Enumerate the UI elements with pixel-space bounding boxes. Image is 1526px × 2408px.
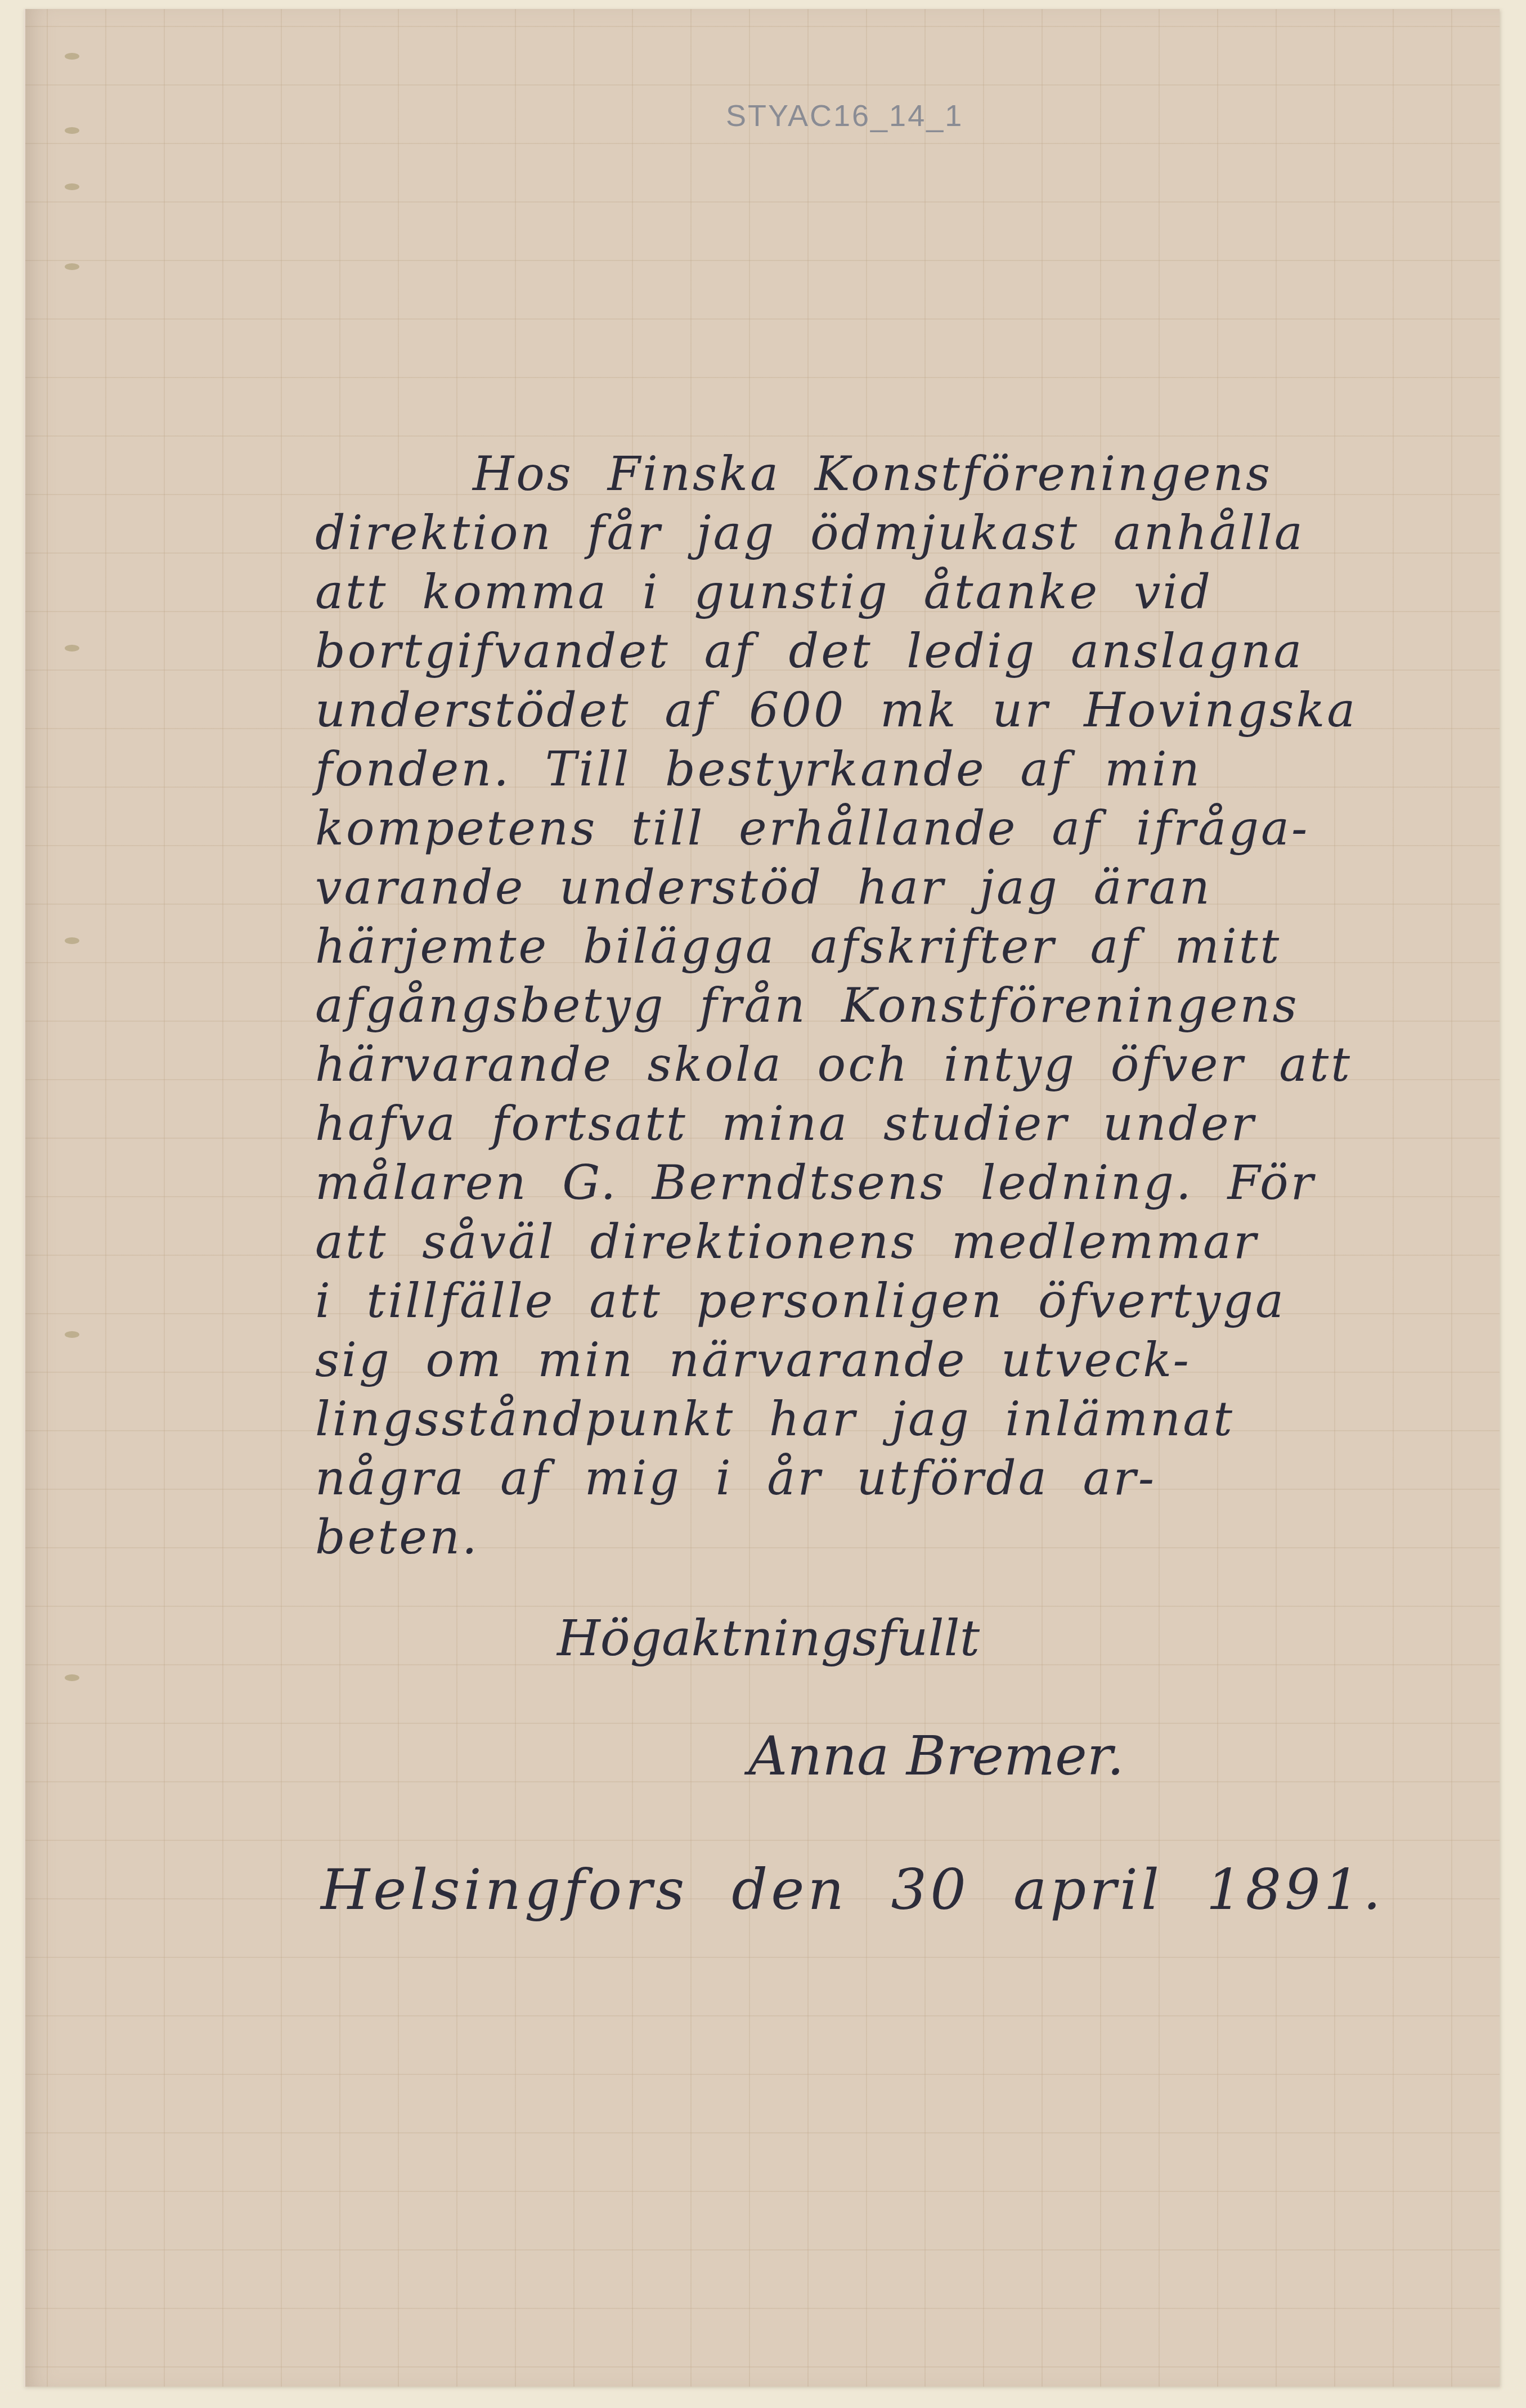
archive-id-pencil-note: STYAC16_14_1: [726, 98, 963, 133]
letter-body: Hos Finska Konstföreningens direktion få…: [315, 444, 1485, 1567]
binding-hole: [65, 263, 79, 270]
letter-line: härjemte bilägga afskrifter af mitt: [315, 917, 1485, 976]
letter-line: understödet af 600 mk ur Hovingska: [315, 681, 1485, 740]
binding-hole: [65, 645, 79, 652]
letter-line: fonden. Till bestyrkande af min: [315, 740, 1485, 799]
letter-line: varande understöd har jag äran: [315, 858, 1485, 917]
binding-hole: [65, 937, 79, 944]
place-and-date: Helsingfors den 30 april 1891.: [321, 1857, 1384, 1922]
letter-line: hafva fortsatt mina studier under: [315, 1094, 1485, 1153]
letter-line: härvarande skola och intyg öfver att: [315, 1035, 1485, 1094]
letter-line: lingsståndpunkt har jag inlämnat: [315, 1390, 1485, 1449]
binding-hole: [65, 1674, 79, 1681]
letter-line: målaren G. Berndtsens ledning. För: [315, 1153, 1485, 1212]
binding-hole: [65, 127, 79, 134]
binding-hole: [65, 1331, 79, 1338]
letter-line: att komma i gunstig åtanke vid: [315, 563, 1485, 622]
letter-line: bortgifvandet af det ledig anslagna: [315, 622, 1485, 681]
letter-line: afgångsbetyg från Konstföreningens: [315, 976, 1485, 1035]
closing-salutation: Högaktningsfullt: [557, 1609, 980, 1667]
letter-line: sig om min närvarande utveck-: [315, 1331, 1485, 1390]
letter-line: i tillfälle att personligen öfvertyga: [315, 1272, 1485, 1331]
letter-line: några af mig i år utförda ar-: [315, 1449, 1485, 1508]
binding-hole: [65, 183, 79, 190]
letter-line: att såväl direktionens medlemmar: [315, 1212, 1485, 1272]
letter-line: Hos Finska Konstföreningens: [315, 444, 1485, 504]
letter-line: beten.: [315, 1508, 1485, 1567]
binding-hole: [65, 53, 79, 60]
signature: Anna Bremer.: [748, 1724, 1124, 1787]
letter-line: direktion får jag ödmjukast anhålla: [315, 504, 1485, 563]
letter-line: kompetens till erhållande af ifråga-: [315, 799, 1485, 858]
